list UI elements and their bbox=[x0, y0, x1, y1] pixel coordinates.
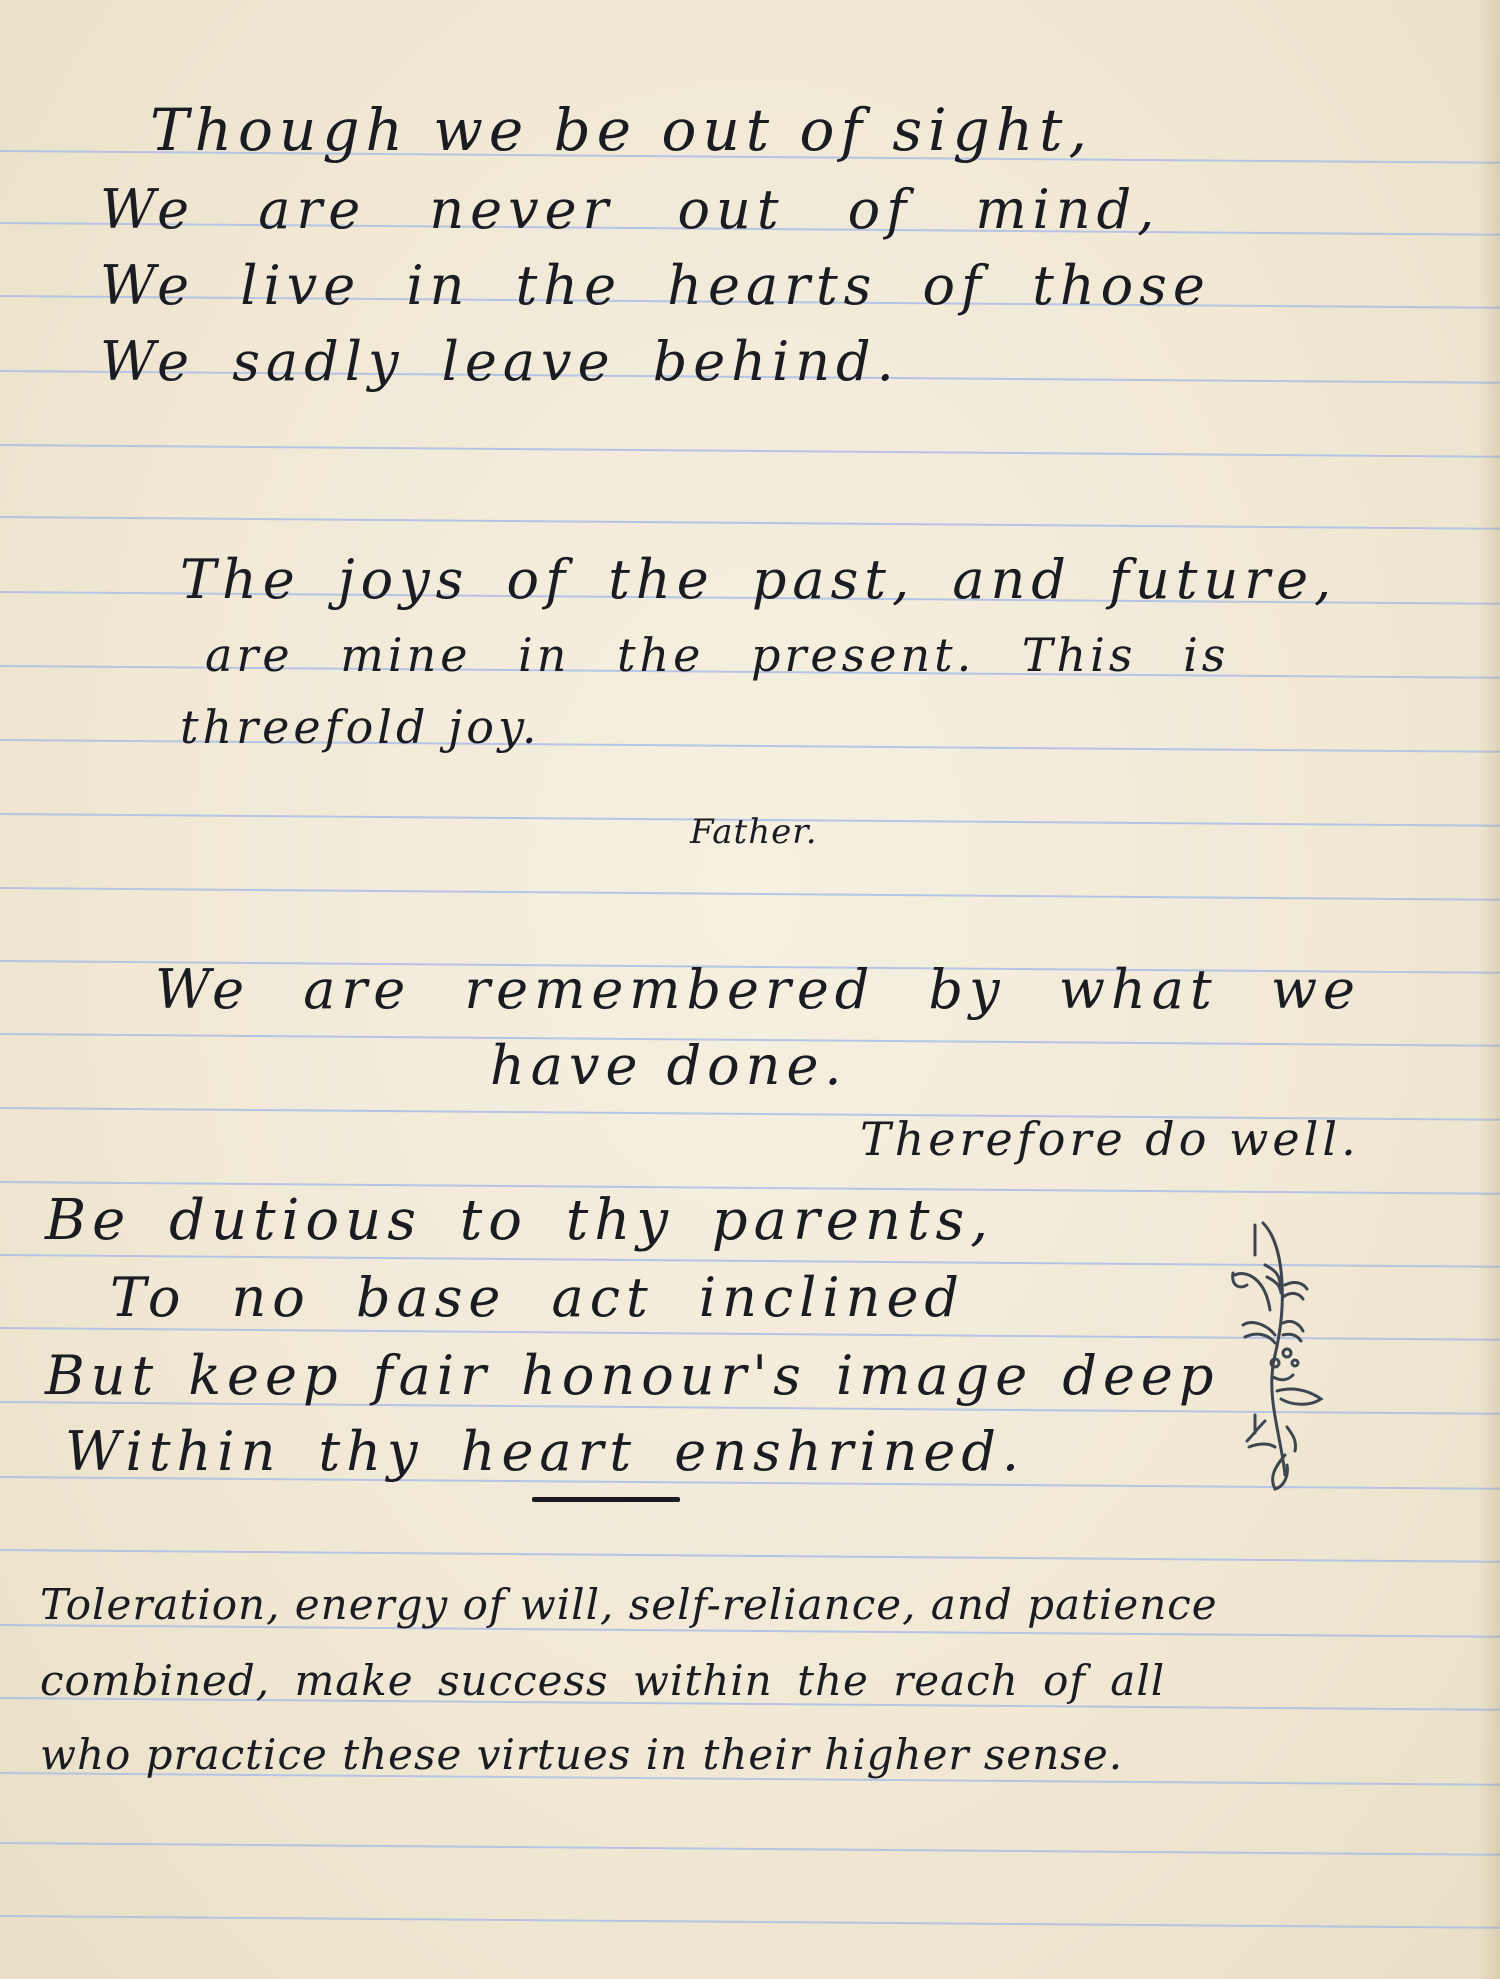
ruled-line bbox=[0, 1549, 1500, 1563]
ruled-line bbox=[0, 444, 1500, 458]
quote-line: combined, make success within the reach … bbox=[40, 1656, 1165, 1705]
ruled-line bbox=[0, 1842, 1500, 1856]
verse-line: To no base act inclined bbox=[110, 1266, 965, 1329]
attribution-signature: Father. bbox=[690, 812, 818, 852]
quote-line: threefold joy. bbox=[180, 700, 541, 754]
page-edge-shadow bbox=[1478, 0, 1500, 1979]
verse-line: But keep fair honour's image deep bbox=[45, 1344, 1219, 1407]
verse-line: We are never out of mind, bbox=[100, 178, 1160, 241]
verse-line: Within thy heart enshrined. bbox=[65, 1420, 1025, 1483]
quote-line: are mine in the present. This is bbox=[205, 628, 1229, 682]
ruled-line bbox=[0, 516, 1500, 530]
quote-line: Toleration, energy of will, self-relianc… bbox=[40, 1580, 1218, 1629]
notebook-page: Though we be out of sight, We are never … bbox=[0, 0, 1500, 1979]
quote-closing: Therefore do well. bbox=[860, 1112, 1360, 1166]
ruled-line bbox=[0, 887, 1500, 901]
quote-line: who practice these virtues in their high… bbox=[40, 1730, 1123, 1779]
quote-line: We are remembered by what we bbox=[155, 958, 1361, 1021]
verse-line: Though we be out of sight, bbox=[150, 96, 1093, 164]
verse-line: We live in the hearts of those bbox=[100, 254, 1211, 317]
floral-vine-ornament-icon bbox=[1225, 1215, 1325, 1495]
ruled-line bbox=[0, 1915, 1500, 1929]
verse-line: We sadly leave behind. bbox=[100, 330, 900, 393]
word-underline-heart bbox=[532, 1497, 680, 1502]
verse-line: Be dutious to thy parents, bbox=[45, 1188, 994, 1253]
quote-line: have done. bbox=[490, 1034, 848, 1097]
quote-line: The joys of the past, and future, bbox=[180, 548, 1337, 611]
